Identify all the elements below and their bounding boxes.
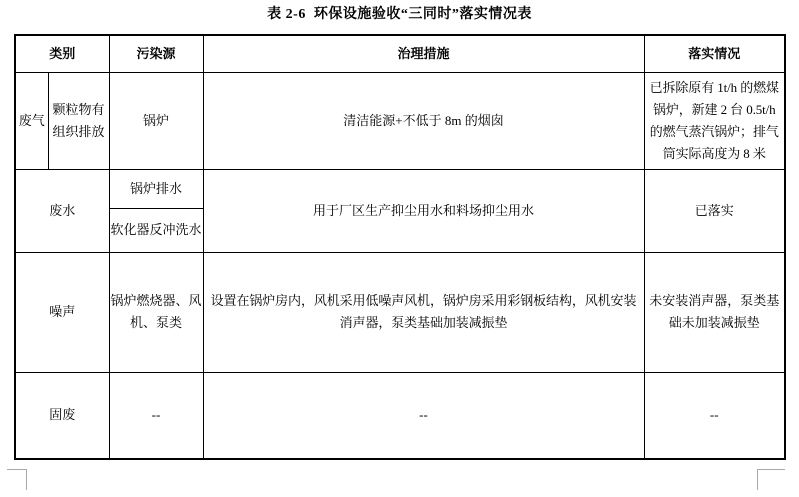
cell-gas-category: 废气 xyxy=(15,72,48,169)
cell-solid-source: -- xyxy=(109,372,203,459)
text-boundary-mark-bottom-right-v xyxy=(757,469,758,490)
cell-gas-status: 已拆除原有 1t/h 的燃煤锅炉，新建 2 台 0.5t/h 的燃气蒸汽锅炉；排… xyxy=(644,72,785,169)
cell-noise-status: 未安装消声器，泵类基础未加装减振垫 xyxy=(644,252,785,372)
header-measure: 治理措施 xyxy=(203,35,644,72)
cell-solid-measure: -- xyxy=(203,372,644,459)
cell-gas-source: 锅炉 xyxy=(109,72,203,169)
cell-gas-measure: 清洁能源+不低于 8m 的烟囱 xyxy=(203,72,644,169)
cell-noise-source: 锅炉燃烧器、风机、泵类 xyxy=(109,252,203,372)
cell-noise-category: 噪声 xyxy=(15,252,109,372)
cell-water-source-1: 锅炉排水 xyxy=(109,169,203,208)
text-boundary-mark-bottom-left-v xyxy=(26,469,27,490)
cell-water-measure: 用于厂区生产抑尘用水和料场抑尘用水 xyxy=(203,169,644,252)
text-boundary-mark-bottom-left-h xyxy=(7,469,27,470)
header-row: 类别 污染源 治理措施 落实情况 xyxy=(15,35,785,72)
cell-water-source-2: 软化器反冲洗水 xyxy=(109,208,203,252)
cell-noise-measure: 设置在锅炉房内，风机采用低噪声风机，锅炉房采用彩钢板结构，风机安装消声器，泵类基… xyxy=(203,252,644,372)
row-solid-waste: 固废 -- -- -- xyxy=(15,372,785,459)
cell-gas-subcategory: 颗粒物有组织排放 xyxy=(48,72,109,169)
text-boundary-mark-bottom-right-h xyxy=(757,469,785,470)
cell-water-category: 废水 xyxy=(15,169,109,252)
row-noise: 噪声 锅炉燃烧器、风机、泵类 设置在锅炉房内，风机采用低噪声风机，锅炉房采用彩钢… xyxy=(15,252,785,372)
header-status: 落实情况 xyxy=(644,35,785,72)
cell-solid-category: 固废 xyxy=(15,372,109,459)
row-waste-water-1: 废水 锅炉排水 用于厂区生产抑尘用水和料场抑尘用水 已落实 xyxy=(15,169,785,208)
row-waste-gas: 废气 颗粒物有组织排放 锅炉 清洁能源+不低于 8m 的烟囱 已拆除原有 1t/… xyxy=(15,72,785,169)
header-category: 类别 xyxy=(15,35,109,72)
cell-solid-status: -- xyxy=(644,372,785,459)
table-title: 表 2-6 环保设施验收“三同时”落实情况表 xyxy=(0,6,799,24)
compliance-table: 类别 污染源 治理措施 落实情况 废气 颗粒物有组织排放 锅炉 清洁能源+不低于… xyxy=(14,34,786,460)
header-source: 污染源 xyxy=(109,35,203,72)
cell-water-status: 已落实 xyxy=(644,169,785,252)
